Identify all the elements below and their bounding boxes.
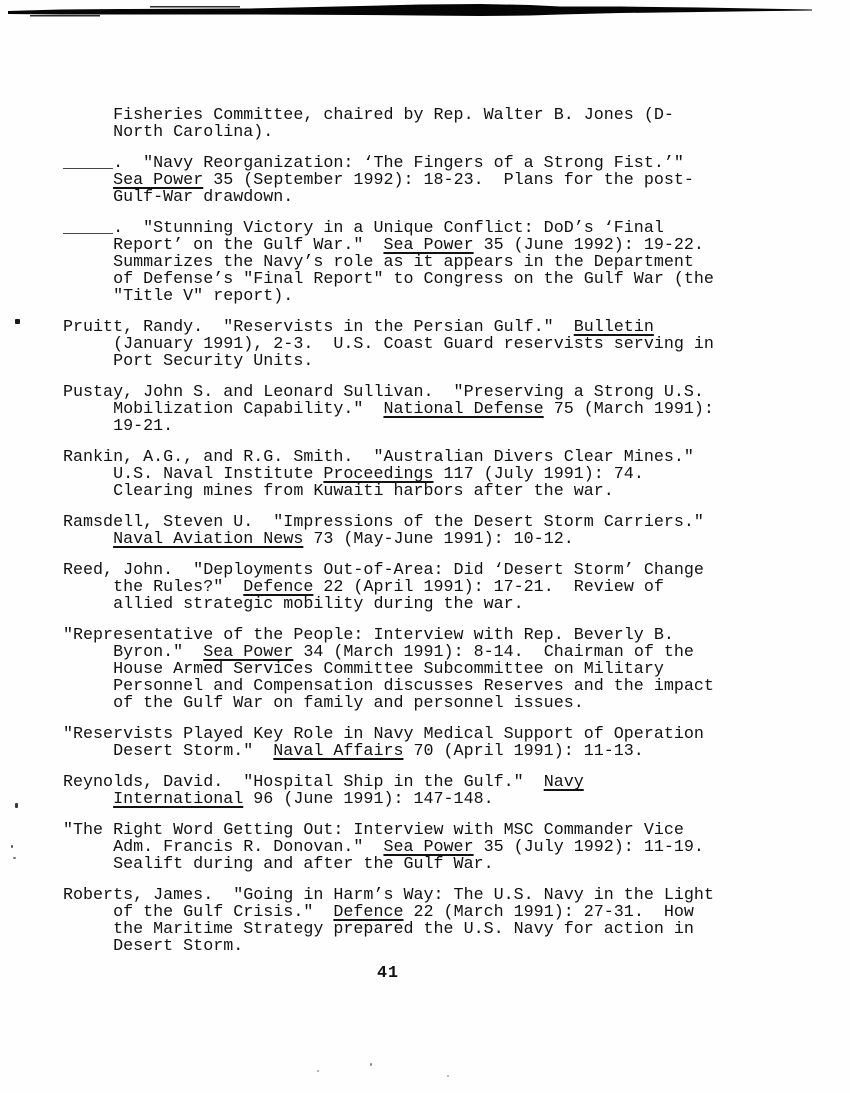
bib-line: Desert Storm." Naval Affairs 70 (April 1…	[63, 743, 714, 760]
bib-entry: Reynolds, David. "Hospital Ship in the G…	[63, 774, 714, 808]
bib-line: International 96 (June 1991): 147-148.	[63, 791, 714, 808]
bib-text-segment: 35 (July 1992): 11-19.	[474, 838, 704, 857]
scan-edge-artifact	[0, 0, 850, 22]
bib-entry: _____. "Stunning Victory in a Unique Con…	[63, 220, 714, 305]
bib-line: Byron." Sea Power 34 (March 1991): 8-14.…	[63, 644, 714, 661]
bib-entry: Roberts, James. "Going in Harm’s Way: Th…	[63, 887, 714, 955]
bib-line: "Reservists Played Key Role in Navy Medi…	[63, 726, 714, 743]
bib-text-segment: Clearing mines from Kuwaiti harbors afte…	[63, 482, 614, 501]
journal-title-underlined: Navy	[544, 773, 584, 792]
bib-line: Personnel and Compensation discusses Res…	[63, 678, 714, 695]
bib-entry: Pustay, John S. and Leonard Sullivan. "P…	[63, 384, 714, 435]
bib-line: Desert Storm.	[63, 938, 714, 955]
journal-title-underlined: National Defense	[383, 400, 543, 419]
bib-line: of the Gulf War on family and personnel …	[63, 695, 714, 712]
page-number: 41	[63, 964, 713, 983]
bib-text-segment: 19-21.	[63, 417, 173, 436]
scan-speck	[370, 1063, 372, 1066]
bib-entry: Reed, John. "Deployments Out-of-Area: Di…	[63, 562, 714, 613]
scan-speck	[447, 1075, 449, 1077]
bib-line: of Defense’s "Final Report" to Congress …	[63, 271, 714, 288]
bib-line: North Carolina).	[63, 124, 714, 141]
bib-line: Mobilization Capability." National Defen…	[63, 401, 714, 418]
bibliography-text: Fisheries Committee, chaired by Rep. Wal…	[63, 107, 714, 969]
bib-line: 19-21.	[63, 418, 714, 435]
bib-line: "Title V" report).	[63, 288, 714, 305]
bib-line: of the Gulf Crisis." Defence 22 (March 1…	[63, 904, 714, 921]
bib-entry: _____. "Navy Reorganization: ‘The Finger…	[63, 155, 714, 206]
bib-text-segment: Gulf-War drawdown.	[63, 188, 293, 207]
scan-speck	[15, 319, 20, 324]
scanned-document-page: { "colors": { "ink": "#111111", "paper":…	[0, 0, 850, 1093]
bib-text-segment: 73 (May-June 1991): 10-12.	[303, 530, 573, 549]
journal-title-underlined: International	[113, 790, 243, 809]
scan-speck	[317, 1070, 319, 1072]
journal-title-underlined: Naval Affairs	[273, 742, 403, 761]
bib-line: allied strategic mobility during the war…	[63, 596, 714, 613]
bib-entry: Pruitt, Randy. "Reservists in the Persia…	[63, 319, 714, 370]
scan-speck	[11, 845, 13, 848]
bib-line: Reynolds, David. "Hospital Ship in the G…	[63, 774, 714, 791]
bib-line: House Armed Services Committee Subcommit…	[63, 661, 714, 678]
bib-text-segment: Desert Storm."	[63, 742, 273, 761]
bib-entry: Ramsdell, Steven U. "Impressions of the …	[63, 514, 714, 548]
scan-speck	[15, 803, 18, 808]
bib-line: Ramsdell, Steven U. "Impressions of the …	[63, 514, 714, 531]
bib-line: Roberts, James. "Going in Harm’s Way: Th…	[63, 887, 714, 904]
bib-text-segment: 96 (June 1991): 147-148.	[243, 790, 493, 809]
bib-text-segment: 75 (March 1991):	[544, 400, 714, 419]
bib-entry: "Representative of the People: Interview…	[63, 627, 714, 712]
bib-text-segment: Desert Storm.	[63, 937, 243, 956]
scan-speck	[13, 857, 16, 859]
bib-line: Pruitt, Randy. "Reservists in the Persia…	[63, 319, 714, 336]
bib-entry: Fisheries Committee, chaired by Rep. Wal…	[63, 107, 714, 141]
bib-line: U.S. Naval Institute Proceedings 117 (Ju…	[63, 466, 714, 483]
bib-line: the Maritime Strategy prepared the U.S. …	[63, 921, 714, 938]
journal-title-underlined: Naval Aviation News	[113, 530, 303, 549]
bib-line: Naval Aviation News 73 (May-June 1991): …	[63, 531, 714, 548]
bib-line: (January 1991), 2-3. U.S. Coast Guard re…	[63, 336, 714, 353]
bib-text-segment: Sealift during and after the Gulf War.	[63, 855, 494, 874]
bib-line: Port Security Units.	[63, 353, 714, 370]
bib-line: Gulf-War drawdown.	[63, 189, 714, 206]
bib-entry: "The Right Word Getting Out: Interview w…	[63, 822, 714, 873]
bib-line: Reed, John. "Deployments Out-of-Area: Di…	[63, 562, 714, 579]
bib-line: Report’ on the Gulf War." Sea Power 35 (…	[63, 237, 714, 254]
bib-text-segment: North Carolina).	[63, 123, 273, 142]
bib-line: "The Right Word Getting Out: Interview w…	[63, 822, 714, 839]
bib-text-segment: "Title V" report).	[63, 287, 293, 306]
bib-text-segment: Port Security Units.	[63, 352, 313, 371]
bib-text-segment: of the Gulf War on family and personnel …	[63, 694, 584, 713]
bib-line: _____. "Navy Reorganization: ‘The Finger…	[63, 155, 714, 172]
bib-line: Sealift during and after the Gulf War.	[63, 856, 714, 873]
bib-line: Clearing mines from Kuwaiti harbors afte…	[63, 483, 714, 500]
bib-entry: Rankin, A.G., and R.G. Smith. "Australia…	[63, 449, 714, 500]
bib-text-segment: allied strategic mobility during the war…	[63, 595, 524, 614]
bib-entry: "Reservists Played Key Role in Navy Medi…	[63, 726, 714, 760]
bib-text-segment	[63, 790, 113, 809]
bib-line: _____. "Stunning Victory in a Unique Con…	[63, 220, 714, 237]
bib-line: "Representative of the People: Interview…	[63, 627, 714, 644]
bib-line: Pustay, John S. and Leonard Sullivan. "P…	[63, 384, 714, 401]
bib-line: the Rules?" Defence 22 (April 1991): 17-…	[63, 579, 714, 596]
bib-line: Sea Power 35 (September 1992): 18-23. Pl…	[63, 172, 714, 189]
bib-line: Fisheries Committee, chaired by Rep. Wal…	[63, 107, 714, 124]
bib-line: Rankin, A.G., and R.G. Smith. "Australia…	[63, 449, 714, 466]
bib-text-segment	[63, 530, 113, 549]
bib-line: Adm. Francis R. Donovan." Sea Power 35 (…	[63, 839, 714, 856]
bib-text-segment: 70 (April 1991): 11-13.	[403, 742, 643, 761]
bib-line: Summarizes the Navy’s role as it appears…	[63, 254, 714, 271]
